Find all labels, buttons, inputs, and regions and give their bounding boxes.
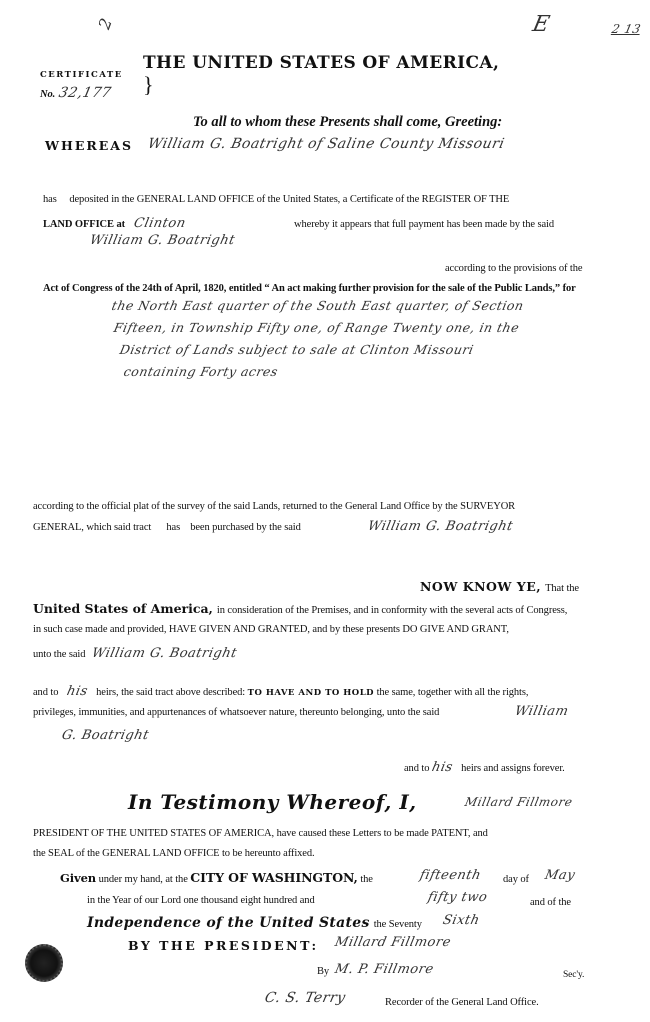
greeting: To all to whom these Presents shall come… (193, 114, 502, 131)
heirs-line: and to his heirs, the said tract above d… (33, 684, 528, 699)
certificate-no-value: 32,177 (57, 85, 112, 101)
given-text: under my hand, at the (99, 874, 188, 885)
has-prefix: has (43, 194, 57, 205)
testimony-line-1: PRESIDENT OF THE UNITED STATES OF AMERIC… (33, 828, 488, 839)
certificate-label: CERTIFICATE (40, 70, 123, 80)
month-hand: May (543, 868, 576, 883)
privileges-name-2: G. Boatright (60, 728, 150, 743)
margin-note-number: 2 13 (611, 22, 643, 36)
heirs-text: heirs, the said tract above described: (96, 687, 245, 698)
now-know-ye-line: NOW KNOW YE, That the (420, 578, 579, 596)
given-line: Given under my hand, at the CITY OF WASH… (60, 870, 373, 885)
by-label: By (317, 966, 329, 977)
land-office-label: LAND OFFICE at (43, 219, 125, 230)
usa-line: United States of America, in considerati… (33, 600, 567, 618)
to-have-and-to-hold: TO HAVE AND TO HOLD (248, 688, 374, 698)
description-line-2: Fifteen, in Township Fifty one, of Range… (112, 320, 520, 335)
consideration-text: in consideration of the Premises, and in… (217, 605, 567, 616)
now-know-ye: NOW KNOW YE, (420, 579, 541, 594)
assigns-his: his (430, 760, 454, 775)
unto-name: William G. Boatright (90, 646, 238, 661)
surveyor-line: GENERAL, which said tract has been purch… (33, 522, 301, 533)
secretary-signature: M. P. Fillmore (333, 962, 435, 977)
by-the-president: BY THE PRESIDENT: (128, 938, 319, 953)
purchaser-name: William G. Boatright (366, 519, 514, 534)
president-signature: Millard Fillmore (333, 935, 452, 950)
year-text: in the Year of our Lord one thousand eig… (87, 895, 315, 906)
recorder-label: Recorder of the General Land Office. (385, 997, 539, 1008)
recorder-signature: C. S. Terry (263, 990, 347, 1006)
given-bold: Given (60, 871, 96, 885)
and-of-the: and of the (530, 897, 571, 908)
purchased-text: been purchased by the said (190, 522, 301, 533)
document-title: THE UNITED STATES OF AMERICA, (143, 53, 499, 73)
independence-heading: Independence of the United States (87, 915, 370, 931)
payer-name: William G. Boatright (88, 233, 236, 248)
margin-note-left: 2 (95, 15, 117, 32)
assigns-and-to: and to (404, 763, 429, 774)
year-hand: fifty two (426, 890, 488, 905)
description-line-3: District of Lands subject to sale at Cli… (118, 342, 475, 357)
grantee-name: William G. Boatright of Saline County Mi… (146, 136, 506, 152)
the-label: the (360, 874, 373, 885)
act-text: Act of Congress of the 24th of April, 18… (43, 283, 576, 294)
his-hand: his (65, 684, 89, 699)
payment-text: whereby it appears that full payment has… (294, 219, 554, 230)
secy-label: Sec'y. (563, 970, 584, 980)
unto-said-line: unto the said William G. Boatright (33, 646, 237, 661)
certificate-no-label: No. (40, 89, 55, 100)
land-office-line: LAND OFFICE at Clinton (43, 216, 185, 231)
usa-bold: United States of America, (33, 601, 213, 616)
provisions-text: according to the provisions of the (445, 263, 582, 274)
seventy-hand: Sixth (441, 913, 481, 928)
together-text: the same, together with all the rights, (377, 687, 529, 698)
description-line-4: containing Forty acres (122, 364, 279, 379)
certificate-number: No. 32,177 (40, 84, 111, 102)
seventy-text: the Seventy (374, 919, 422, 930)
unto-said-label: unto the said (33, 649, 85, 660)
has-been-prefix: has (166, 522, 180, 533)
surveyor-general-text: GENERAL, which said tract (33, 522, 151, 533)
land-office-name: Clinton (132, 216, 187, 231)
deposit-line: has deposited in the GENERAL LAND OFFICE… (43, 194, 509, 205)
city-of-washington: CITY OF WASHINGTON, (190, 870, 357, 885)
assigns-text: heirs and assigns forever. (461, 763, 565, 774)
day-hand: fifteenth (418, 868, 482, 883)
margin-note-letter: E (530, 12, 552, 37)
testimony-line-2: the SEAL of the GENERAL LAND OFFICE to b… (33, 848, 315, 859)
day-of-label: day of (503, 874, 529, 885)
that-the: That the (545, 583, 579, 594)
plat-text: according to the official plat of the su… (33, 501, 515, 512)
whereas-label: WHEREAS (45, 138, 133, 153)
assigns-line: and to his heirs and assigns forever. (404, 760, 565, 775)
certificate-brace: } (143, 67, 154, 103)
testimony-heading: In Testimony Whereof, I, (128, 790, 417, 814)
description-line-1: the North East quarter of the South East… (110, 298, 525, 313)
independence-line: Independence of the United States the Se… (87, 914, 422, 932)
president-name: Millard Fillmore (464, 795, 574, 809)
seal-icon (25, 944, 63, 982)
privileges-name-1: William (513, 704, 570, 719)
deposit-text: deposited in the GENERAL LAND OFFICE of … (69, 194, 509, 205)
such-case-text: in such case made and provided, HAVE GIV… (33, 624, 509, 635)
and-to: and to (33, 687, 58, 698)
privileges-text: privileges, immunities, and appurtenance… (33, 707, 439, 718)
